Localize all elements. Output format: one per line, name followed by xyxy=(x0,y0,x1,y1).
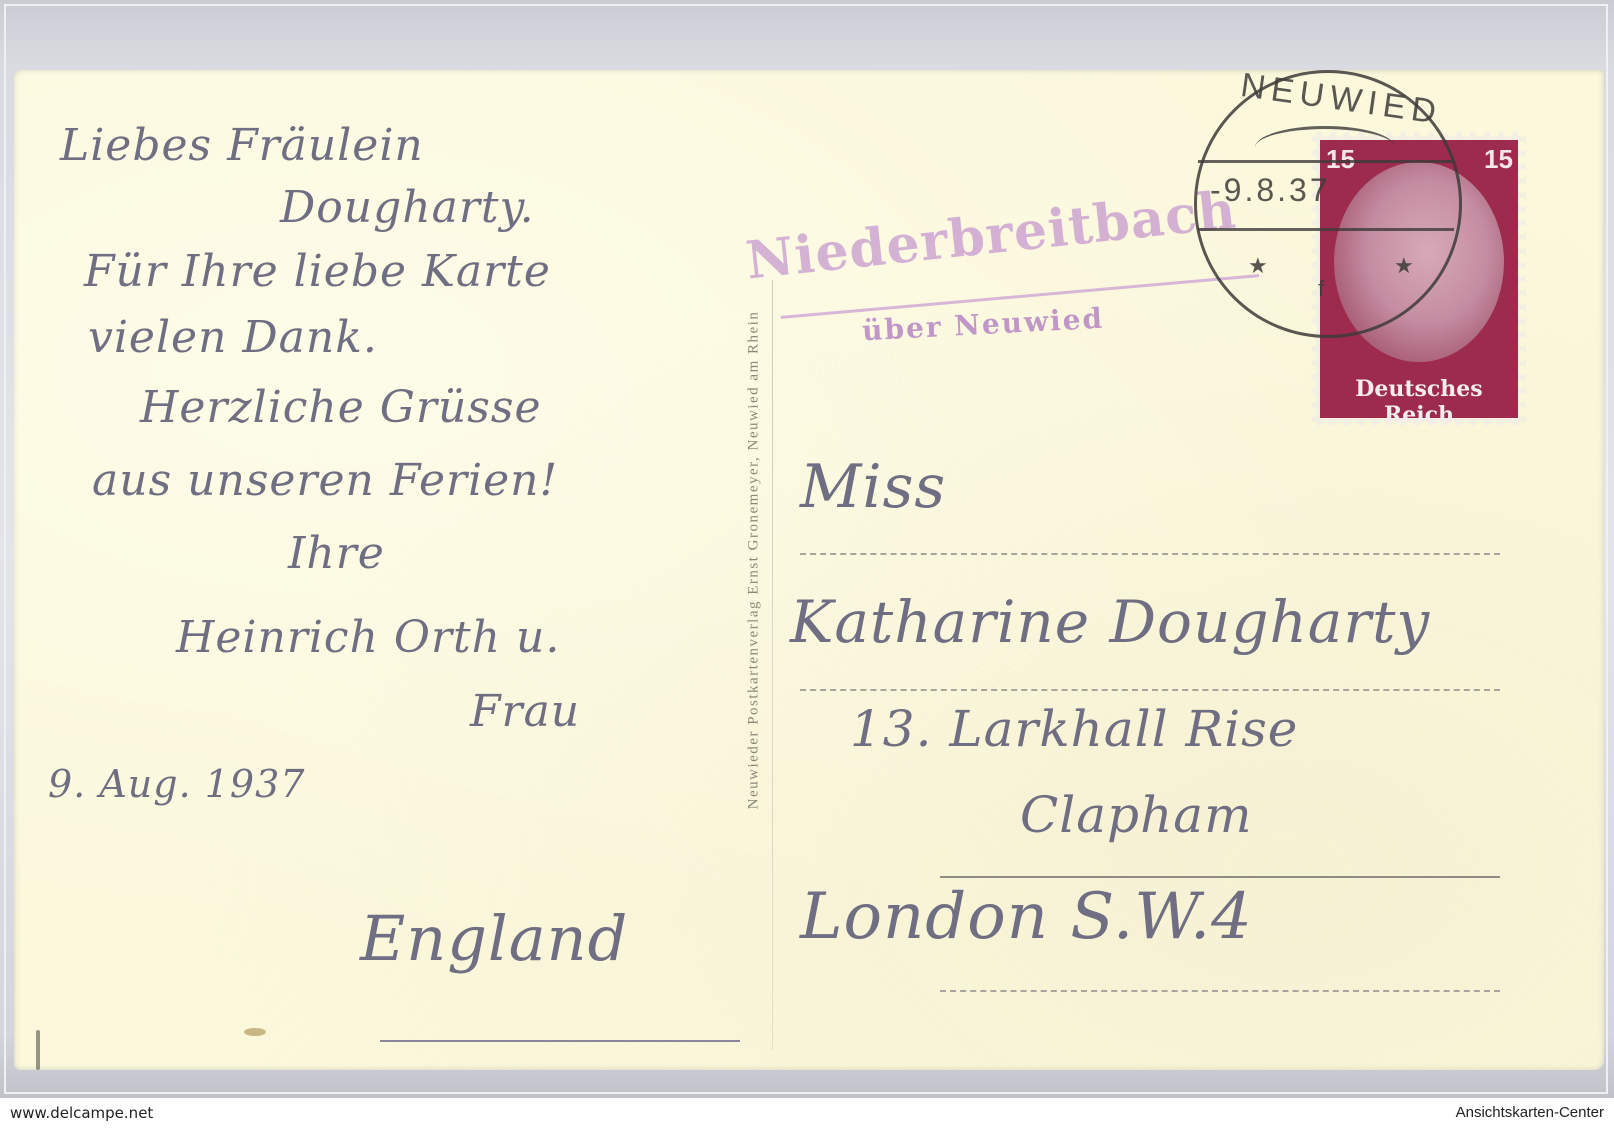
watermark-right: Ansichtskarten-Center xyxy=(1456,1104,1604,1121)
message-line: vielen Dank. xyxy=(88,312,378,363)
message-line: Ihre xyxy=(288,528,385,579)
address-line xyxy=(800,553,1500,555)
country-underline xyxy=(380,1040,740,1042)
message-line: Für Ihre liebe Karte xyxy=(84,246,551,297)
postmark-letter: f xyxy=(1318,276,1324,302)
address-salutation: Miss xyxy=(800,452,946,522)
star-icon: ★ xyxy=(1394,254,1414,279)
address-street: 13. Larkhall Rise xyxy=(850,700,1298,758)
star-icon: ★ xyxy=(1248,254,1268,279)
address-district: Clapham xyxy=(1020,786,1253,844)
message-line: Dougharty. xyxy=(280,182,535,233)
stain xyxy=(36,1030,40,1070)
message-line: Herzliche Grüsse xyxy=(140,382,542,433)
message-date: 9. Aug. 1937 xyxy=(48,762,305,806)
stamp-value-right: 15 xyxy=(1484,144,1513,175)
message-line: Frau xyxy=(470,686,580,737)
stain xyxy=(244,1028,266,1036)
address-city: London S.W.4 xyxy=(800,880,1253,954)
address-line xyxy=(800,689,1500,691)
postmark-date: -9.8.37 xyxy=(1210,172,1331,209)
message-line: aus unseren Ferien! xyxy=(92,455,558,506)
destination-country: England xyxy=(360,902,628,975)
card-divider xyxy=(772,280,773,1050)
message-line: Liebes Fräulein xyxy=(60,120,424,171)
postmark-bar xyxy=(1198,228,1454,231)
publisher-imprint: Neuwieder Postkartenverlag Ernst Groneme… xyxy=(746,311,763,810)
postmark-bar xyxy=(1198,160,1454,163)
address-line xyxy=(940,990,1500,992)
address-line xyxy=(940,876,1500,878)
message-signature: Heinrich Orth u. xyxy=(176,612,560,663)
stamp-inscription: Deutsches Reich xyxy=(1320,376,1518,428)
watermark-left: www.delcampe.net xyxy=(10,1104,153,1122)
address-name: Katharine Dougharty xyxy=(790,588,1430,656)
